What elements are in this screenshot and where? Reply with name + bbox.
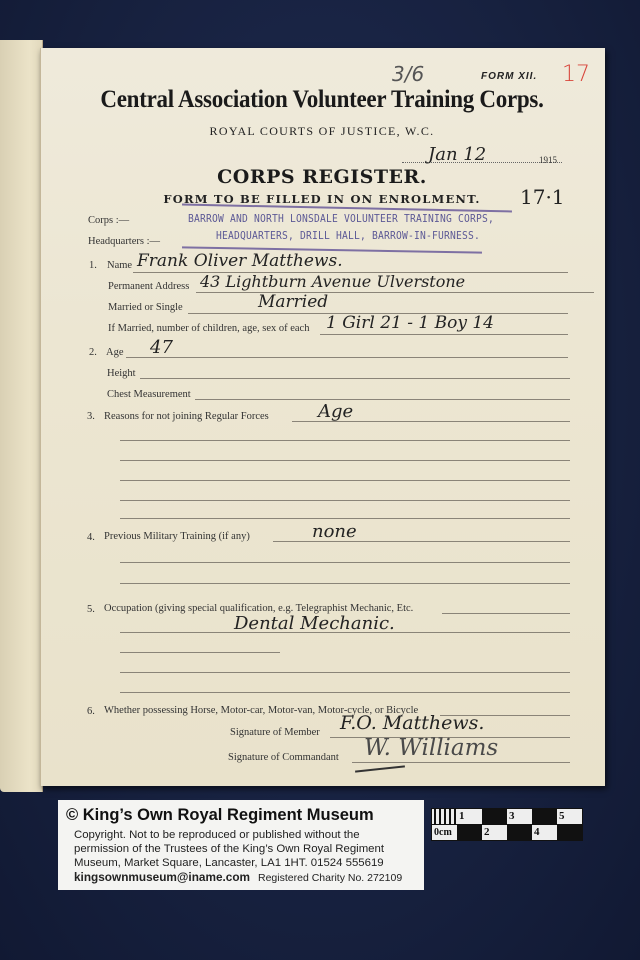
museum-email[interactable]: kingsownmuseum@iname.com bbox=[74, 870, 250, 884]
centimetre-scale-bar: 1 3 5 0cm 2 4 bbox=[431, 808, 583, 841]
height-label: Height bbox=[107, 368, 136, 379]
scale-cell bbox=[557, 825, 582, 840]
scale-cell: 2 bbox=[482, 825, 507, 840]
height-rule bbox=[140, 378, 570, 379]
address-label: Permanent Address bbox=[108, 281, 189, 292]
married-value: Married bbox=[258, 292, 328, 312]
blank-rule bbox=[120, 460, 570, 461]
blank-rule bbox=[120, 583, 570, 584]
name-value: Frank Oliver Matthews. bbox=[137, 251, 343, 271]
occupation-value: Dental Mechanic. bbox=[234, 613, 395, 634]
age-value: 47 bbox=[150, 337, 173, 358]
q3-number: 3. bbox=[87, 411, 95, 422]
blank-rule bbox=[120, 562, 570, 563]
address-value: 43 Lightburn Avenue Ulverstone bbox=[200, 272, 465, 291]
chest-rule bbox=[195, 399, 570, 400]
scale-cell bbox=[507, 825, 532, 840]
copyright-line2: permission of the Trustees of the King’s… bbox=[74, 842, 384, 856]
name-label: Name bbox=[107, 260, 132, 271]
married-label: Married or Single bbox=[108, 302, 183, 313]
q2-number: 2. bbox=[89, 347, 97, 358]
blank-rule bbox=[120, 480, 570, 481]
date-value: Jan 12 bbox=[428, 144, 486, 165]
children-label: If Married, number of children, age, sex… bbox=[108, 323, 309, 334]
blank-rule bbox=[120, 672, 570, 673]
red-number: 17 bbox=[562, 62, 590, 87]
form-number: FORM XII. bbox=[481, 71, 537, 82]
military-value: none bbox=[312, 521, 357, 542]
copyright-line3: Museum, Market Square, Lancaster, LA1 1H… bbox=[74, 856, 384, 870]
copyright-line1: Copyright. Not to be reproduced or publi… bbox=[74, 828, 360, 842]
q5-number: 5. bbox=[87, 604, 95, 615]
member-signature-label: Signature of Member bbox=[230, 727, 320, 738]
charity-number: Registered Charity No. 272109 bbox=[258, 871, 402, 885]
corps-label: Corps :— bbox=[88, 215, 129, 226]
q6-number: 6. bbox=[87, 706, 95, 717]
blank-rule bbox=[120, 440, 570, 441]
scale-cell: 5 bbox=[557, 809, 582, 824]
occupation-rule bbox=[442, 613, 570, 614]
blank-rule bbox=[120, 518, 570, 519]
reasons-value: Age bbox=[318, 401, 353, 422]
scale-mm-ticks bbox=[432, 809, 457, 824]
blank-rule bbox=[120, 500, 570, 501]
children-rule bbox=[320, 334, 568, 335]
chest-label: Chest Measurement bbox=[107, 389, 191, 400]
blank-rule bbox=[120, 692, 570, 693]
headquarters-label: Headquarters :— bbox=[88, 236, 160, 247]
scale-cell bbox=[457, 825, 482, 840]
corps-stamp-line1: BARROW AND NORTH LONSDALE VOLUNTEER TRAI… bbox=[188, 213, 494, 225]
member-signature-value: F.O. Matthews. bbox=[340, 712, 484, 734]
pencil-reference: 3/6 bbox=[392, 62, 424, 86]
military-label: Previous Military Training (if any) bbox=[104, 531, 250, 542]
scale-cell: 1 bbox=[457, 809, 482, 824]
year-value: 1915 bbox=[539, 155, 557, 165]
museum-title: © King’s Own Royal Regiment Museum bbox=[66, 806, 374, 825]
q4-number: 4. bbox=[87, 532, 95, 543]
scale-cell: 0cm bbox=[432, 825, 457, 840]
blank-rule bbox=[120, 652, 280, 653]
address-rule bbox=[196, 292, 594, 293]
page-subtitle: ROYAL COURTS OF JUSTICE, W.C. bbox=[40, 124, 604, 139]
page-title: Central Association Volunteer Training C… bbox=[63, 86, 582, 114]
commandant-signature-value: W. Williams bbox=[364, 735, 498, 761]
corps-stamp-line2: HEADQUARTERS, DRILL HALL, BARROW-IN-FURN… bbox=[216, 230, 480, 242]
commandant-signature-rule bbox=[352, 762, 570, 763]
scale-cell: 4 bbox=[532, 825, 557, 840]
blank-rule bbox=[120, 632, 570, 633]
scale-cell bbox=[482, 809, 507, 824]
q1-number: 1. bbox=[89, 260, 97, 271]
commandant-signature-label: Signature of Commandant bbox=[228, 752, 339, 763]
left-page-edge bbox=[0, 40, 43, 792]
reasons-label: Reasons for not joining Regular Forces bbox=[104, 411, 269, 422]
age-label: Age bbox=[106, 347, 124, 358]
registration-number: 17·1 bbox=[520, 185, 565, 209]
scale-cell: 3 bbox=[507, 809, 532, 824]
scale-cell bbox=[532, 809, 557, 824]
age-rule bbox=[126, 357, 568, 358]
children-value: 1 Girl 21 - 1 Boy 14 bbox=[326, 313, 494, 333]
